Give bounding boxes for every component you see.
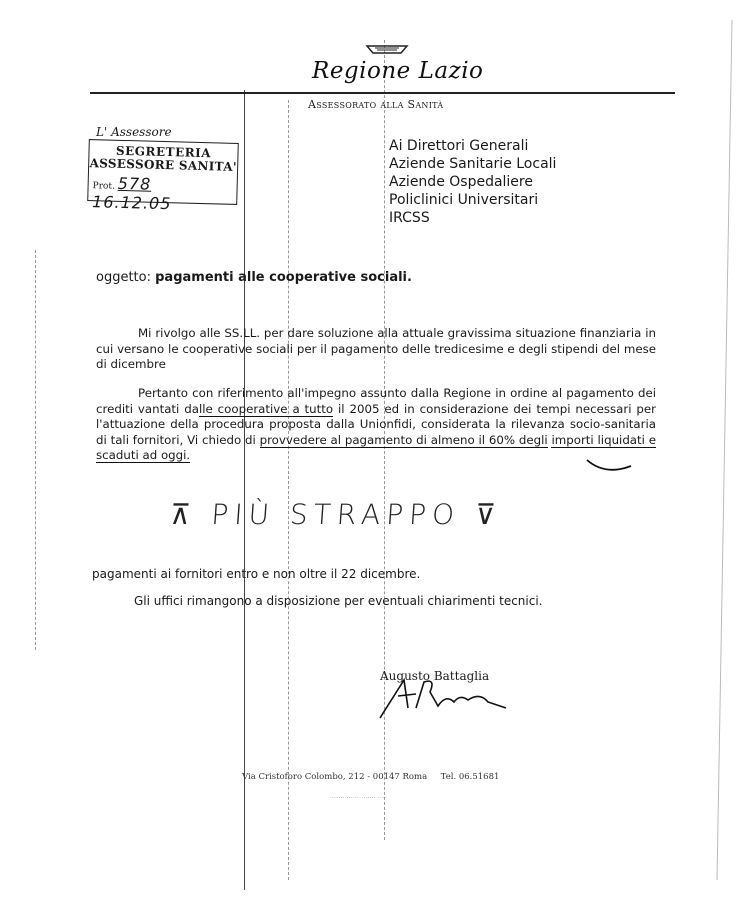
- footer-fine-print: ······· ······ ······· ····: [330, 795, 386, 801]
- signature-scribble: [376, 672, 516, 722]
- arrow-up-icon: ⊼: [169, 498, 213, 531]
- recipients-block: Ai Direttori Generali Aziende Sanitarie …: [389, 137, 556, 227]
- recipient-line: Aziende Sanitarie Locali: [389, 155, 556, 173]
- subject-label: oggetto:: [96, 270, 151, 285]
- scan-artifact-line: [35, 250, 36, 650]
- stamp-prot-label: Prot.: [92, 181, 115, 192]
- subject-line: oggetto: pagamenti alle cooperative soci…: [96, 270, 412, 285]
- body-paragraph-2: Pertanto con riferimento all'impegno ass…: [96, 386, 656, 464]
- scan-artifact-line: [288, 100, 289, 880]
- stamp-protocol: Prot. 578 16.12.05: [88, 173, 237, 215]
- coat-of-arms-icon: [365, 44, 409, 54]
- footer-address: Via Cristoforo Colombo, 212 - 00147 Roma…: [242, 772, 499, 782]
- sender-office: L' Assessore: [96, 125, 172, 139]
- page-edge: [716, 20, 732, 880]
- underlined-text: lle cooperative a tutto: [199, 402, 333, 417]
- letterhead-divider: [90, 92, 675, 94]
- arrow-up-icon: ⊽: [459, 498, 503, 531]
- underlined-text: provvedere al pagamento di almeno il 60%…: [260, 433, 548, 448]
- scan-artifact-line: [244, 90, 245, 890]
- handwritten-note: ⊼ PIÙ STRAPPO ⊽: [169, 498, 503, 531]
- handwritten-mark: [585, 456, 635, 476]
- protocol-stamp: SEGRETERIA ASSESSORE SANITA' Prot. 578 1…: [87, 139, 239, 205]
- recipient-line: Policlinici Universitari: [389, 191, 556, 209]
- recipient-line: IRCSS: [389, 209, 556, 227]
- paragraph-text: Mi rivolgo alle SS.LL. per dare soluzion…: [96, 326, 656, 371]
- recipient-line: Aziende Ospedaliere: [389, 173, 556, 191]
- handwritten-note-text: PIÙ STRAPPO: [210, 498, 461, 531]
- stamp-line2: ASSESSORE SANITA': [89, 157, 237, 174]
- subject-text: pagamenti alle cooperative sociali.: [155, 270, 412, 285]
- stamp-prot-number: 578: [118, 174, 152, 194]
- letterhead-title: Regione Lazio: [312, 58, 483, 84]
- body-paragraph-1: Mi rivolgo alle SS.LL. per dare soluzion…: [96, 326, 656, 373]
- body-paragraph-3: pagamenti ai fornitori entro e non oltre…: [92, 567, 420, 581]
- letterhead-subtitle: Assessorato alla Sanità: [308, 98, 443, 111]
- recipient-line: Ai Direttori Generali: [389, 137, 556, 155]
- body-paragraph-4: Gli uffici rimangono a disposizione per …: [134, 594, 543, 608]
- stamp-prot-date: 16.12.05: [92, 192, 172, 213]
